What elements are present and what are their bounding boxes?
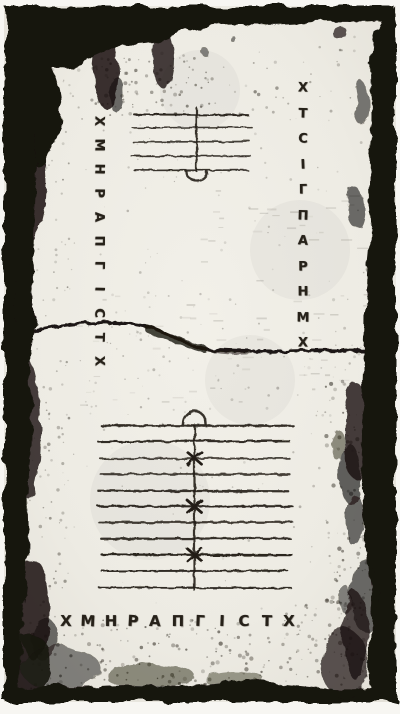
page-artwork	[0, 0, 400, 714]
staff-line	[133, 141, 250, 142]
staff-line	[133, 127, 252, 128]
staff-line	[134, 114, 248, 115]
scanned-page-photo: ХМНРАПГІСТХ ХТСІГПАРНМХ ХМНРАПГІСТХ	[0, 0, 400, 714]
